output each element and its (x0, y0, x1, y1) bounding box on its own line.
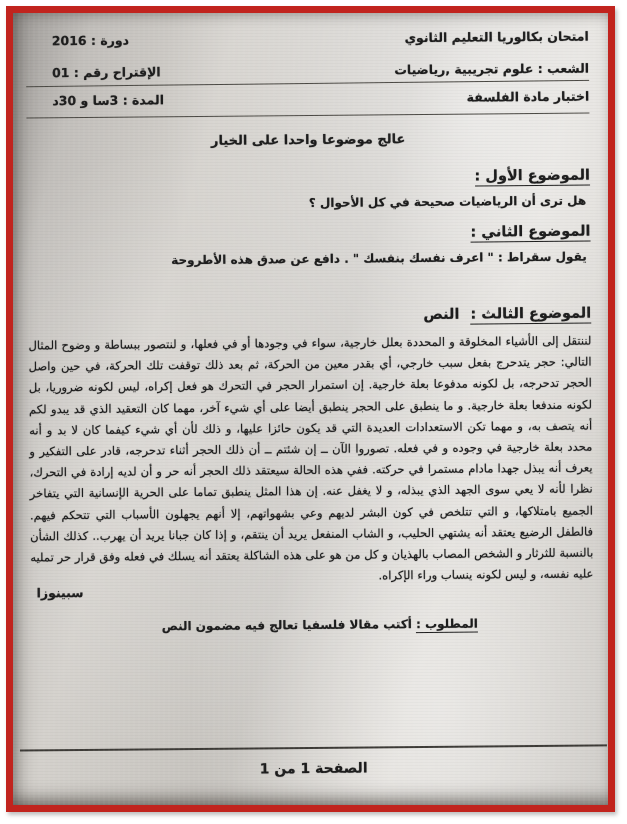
header-row-1: امتحان بكالوريا التعليم الثانوي دورة : 2… (26, 29, 589, 49)
topic-2-heading-text: الموضوع الثاني : (470, 224, 590, 243)
page-content: امتحان بكالوريا التعليم الثانوي دورة : 2… (13, 13, 608, 805)
philosophy-text-body: لننتقل إلى الأشياء المخلوقة و المحددة بع… (28, 331, 593, 590)
topic-2-heading: الموضوع الثاني : (27, 224, 590, 247)
topic-3-text-label: النص (423, 307, 459, 323)
page-footer: الصفحة 1 من 1 (20, 744, 607, 779)
topic-2-lead: يقول سقراط : (498, 250, 587, 265)
topic-3-heading-text: الموضوع الثالث : (470, 306, 591, 325)
page-number: الصفحة 1 من 1 (260, 761, 368, 778)
requirement-label: المطلوب : (416, 617, 478, 634)
header-divider-1 (26, 80, 589, 87)
requirement-line: المطلوب : أكتب مقالا فلسفيا تعالج فيه مض… (31, 617, 478, 637)
document-red-frame: امتحان بكالوريا التعليم الثانوي دورة : 2… (6, 6, 615, 812)
duration-label: المدة : 3سا و 30د (52, 92, 164, 108)
topic-1-question: هل ترى أن الرياضيات صحيحة في كل الأحوال … (27, 194, 590, 213)
header-row-2: الشعب : علوم تجريبية ,رياضيات الإقتراح ر… (26, 61, 589, 81)
topic-1-heading-text: الموضوع الأول : (474, 168, 590, 187)
topic-3-heading: الموضوع الثالث : النص (28, 306, 591, 329)
topic-2-quote: " اعرف نفسك بنفسك " . دافع عن صدق هذه ال… (171, 250, 494, 267)
exam-title: امتحان بكالوريا التعليم الثانوي (404, 29, 588, 46)
topic-2-statement: يقول سقراط : " اعرف نفسك بنفسك " . دافع … (28, 250, 591, 269)
subject-test-label: اختبار مادة الفلسفة (467, 89, 590, 105)
header-divider-2 (26, 113, 589, 119)
header-row-3: اختبار مادة الفلسفة المدة : 3سا و 30د (26, 89, 589, 109)
scanned-exam-page: امتحان بكالوريا التعليم الثانوي دورة : 2… (13, 13, 608, 805)
requirement-content: أكتب مقالا فلسفيا تعالج فيه مضمون النص (162, 618, 412, 634)
session-year: دورة : 2016 (52, 33, 129, 49)
branch-label: الشعب : علوم تجريبية ,رياضيات (394, 61, 589, 78)
proposal-number: الإقتراح رقم : 01 (52, 64, 161, 80)
topic-1-heading: الموضوع الأول : (27, 168, 590, 191)
choice-instruction: عالج موضوعا واحدا على الخيار (27, 131, 590, 151)
